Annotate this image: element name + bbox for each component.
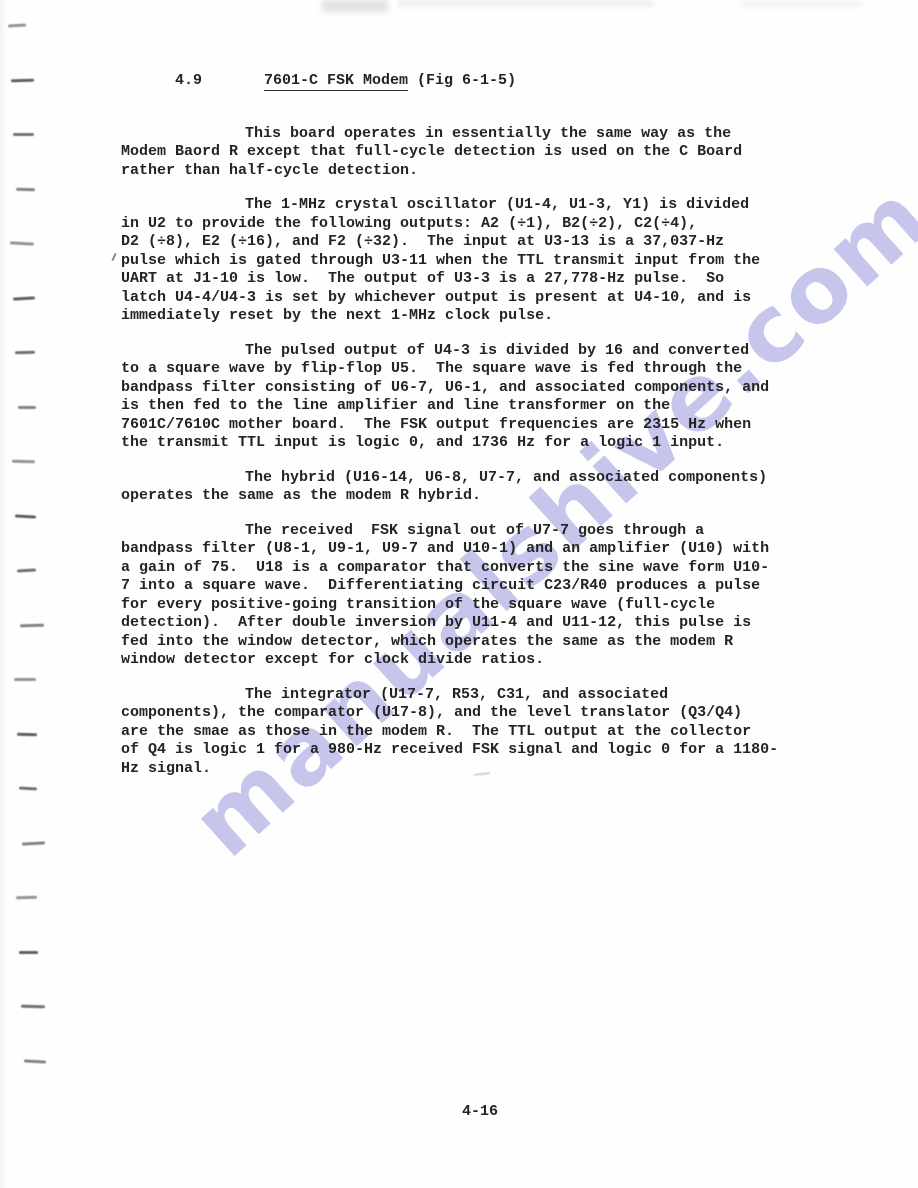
text-line: The pulsed output of U4-3 is divided by … <box>121 342 827 361</box>
binding-mark <box>10 241 34 245</box>
text-line: to a square wave by flip-flop U5. The sq… <box>121 360 827 379</box>
text-line: Modem Baord R except that full-cycle det… <box>121 143 827 162</box>
binding-mark <box>8 23 26 27</box>
section-title: 7601-C FSK Modem <box>264 72 408 91</box>
figure-reference: (Fig 6-1-5) <box>408 72 516 89</box>
text-line: detection). After double inversion by U1… <box>121 614 827 633</box>
text-line: for every positive-going transition of t… <box>121 596 827 615</box>
body-text: This board operates in essentially the s… <box>121 125 827 779</box>
binding-mark <box>15 351 35 355</box>
text-line: 7 into a square wave. Differentiating ci… <box>121 577 827 596</box>
text-line: rather than half-cycle detection. <box>121 162 827 181</box>
paragraph: The hybrid (U16-14, U6-8, U7-7, and asso… <box>121 469 827 506</box>
text-line: The hybrid (U16-14, U6-8, U7-7, and asso… <box>121 469 827 488</box>
text-line: of Q4 is logic 1 for a 980-Hz received F… <box>121 741 827 760</box>
text-line: UART at J1-10 is low. The output of U3-3… <box>121 270 827 289</box>
text-line: The integrator (U17-7, R53, C31, and ass… <box>121 686 827 705</box>
paragraph: The pulsed output of U4-3 is divided by … <box>121 342 827 453</box>
scan-smudge <box>322 0 388 12</box>
text-line: Hz signal. <box>121 760 827 779</box>
page-content: 4.97601-C FSK Modem (Fig 6-1-5) This boa… <box>121 53 827 794</box>
binding-mark <box>16 896 37 900</box>
text-line: The received FSK signal out of U7-7 goes… <box>121 522 827 541</box>
binding-mark <box>17 568 36 572</box>
text-line: components), the comparator (U17-8), and… <box>121 704 827 723</box>
scan-smudge <box>398 0 653 7</box>
text-line: The 1-MHz crystal oscillator (U1-4, U1-3… <box>121 196 827 215</box>
text-line: a gain of 75. U18 is a comparator that c… <box>121 559 827 578</box>
paragraph: The integrator (U17-7, R53, C31, and ass… <box>121 686 827 779</box>
text-line: 7601C/7610C mother board. The FSK output… <box>121 416 827 435</box>
page-number: 4-16 <box>462 1103 498 1120</box>
text-line: pulse which is gated through U3-11 when … <box>121 252 827 271</box>
text-line: latch U4-4/U4-3 is set by whichever outp… <box>121 289 827 308</box>
binding-mark <box>19 786 37 790</box>
binding-mark <box>12 296 34 300</box>
text-line: operates the same as the modem R hybrid. <box>121 487 827 506</box>
text-line: are the smae as those in the modem R. Th… <box>121 723 827 742</box>
binding-mark <box>21 841 44 845</box>
text-line: D2 (÷8), E2 (÷16), and F2 (÷32). The inp… <box>121 233 827 252</box>
text-line: bandpass filter consisting of U6-7, U6-1… <box>121 379 827 398</box>
binding-mark <box>21 1005 45 1009</box>
binding-mark <box>10 78 33 82</box>
paragraph: This board operates in essentially the s… <box>121 125 827 181</box>
binding-mark <box>14 678 36 681</box>
binding-mark <box>23 1059 45 1063</box>
text-line: in U2 to provide the following outputs: … <box>121 215 827 234</box>
binding-mark <box>15 187 34 191</box>
text-line: is then fed to the line amplifier and li… <box>121 397 827 416</box>
paragraph: The 1-MHz crystal oscillator (U1-4, U1-3… <box>121 196 827 326</box>
binding-mark <box>19 951 38 954</box>
binding-mark <box>18 406 36 409</box>
text-line: This board operates in essentially the s… <box>121 125 827 144</box>
section-number: 4.9 <box>175 72 264 91</box>
scan-artifact <box>111 253 116 261</box>
text-line: window detector except for clock divide … <box>121 651 827 670</box>
section-heading: 4.97601-C FSK Modem (Fig 6-1-5) <box>121 53 827 109</box>
text-line: immediately reset by the next 1-MHz cloc… <box>121 307 827 326</box>
binding-mark <box>19 623 43 627</box>
binding-mark <box>16 732 36 736</box>
binding-mark <box>14 514 35 518</box>
text-line: the transmit TTL input is logic 0, and 1… <box>121 434 827 453</box>
scanned-page: manualshive.com 4.97601-C FSK Modem (Fig… <box>0 0 918 1188</box>
scan-smudge <box>742 0 862 7</box>
text-line: fed into the window detector, which oper… <box>121 633 827 652</box>
binding-mark <box>13 133 34 136</box>
binding-mark <box>12 460 35 464</box>
paragraph: The received FSK signal out of U7-7 goes… <box>121 522 827 670</box>
text-line: bandpass filter (U8-1, U9-1, U9-7 and U1… <box>121 540 827 559</box>
